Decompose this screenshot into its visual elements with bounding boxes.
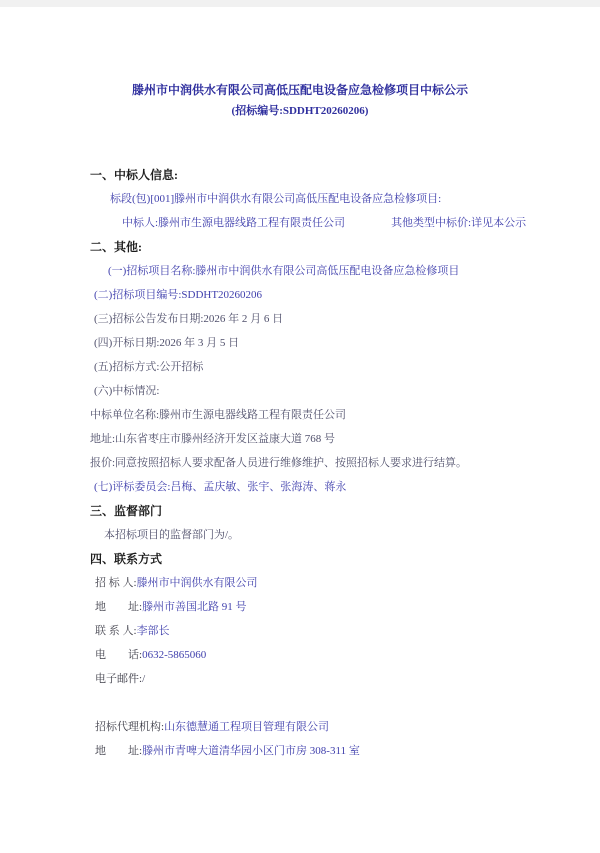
section2-item4: (四)开标日期:2026 年 3 月 5 日	[94, 331, 538, 355]
contact-row-address: 地 址:滕州市善国北路 91 号	[95, 595, 538, 619]
document-title: 滕州市中润供水有限公司高低压配电设备应急检修项目中标公示	[62, 82, 538, 99]
contact-person-label: 联 系 人:	[95, 625, 137, 637]
contact-person-value: 李部长	[137, 625, 170, 637]
winning-company-name: 中标单位名称:滕州市生源电器线路工程有限责任公司	[90, 403, 538, 427]
section2-item2: (二)招标项目编号:SDDHT20260206	[94, 283, 538, 307]
supervision-body: 本招标项目的监督部门为/。	[104, 523, 538, 547]
section2-item7: (七)评标委员会:吕梅、孟庆敏、张宇、张海涛、蒋永	[94, 475, 538, 499]
agency-address-label: 地 址:	[95, 745, 142, 757]
contact-row-phone: 电 话:0632-5865060	[95, 643, 538, 667]
address-label: 地 址:	[95, 601, 142, 613]
winner-text: 中标人:滕州市生源电器线路工程有限责任公司	[122, 217, 345, 229]
section2-item5: (五)招标方式:公开招标	[94, 355, 538, 379]
address-value: 滕州市善国北路 91 号	[142, 601, 247, 613]
agency-address-value: 滕州市青啤大道清华园小区门市房 308-311 室	[142, 745, 360, 757]
price-note: 其他类型中标价:详见本公示	[391, 217, 526, 229]
section4-heading: 四、联系方式	[90, 547, 538, 571]
agency-address-row: 地 址:滕州市青啤大道清华园小区门市房 308-311 室	[95, 739, 538, 763]
email-label: 电子邮件:	[95, 673, 142, 685]
contact-row-person: 联 系 人:李部长	[95, 619, 538, 643]
winner-paragraph: 中标人:滕州市生源电器线路工程有限责任公司其他类型中标价:详见本公示	[62, 211, 538, 235]
phone-value: 0632-5865060	[142, 649, 206, 661]
document-page: 滕州市中润供水有限公司高低压配电设备应急检修项目中标公示 (招标编号:SDDHT…	[0, 0, 600, 853]
section3-heading: 三、监督部门	[90, 499, 538, 523]
contact-row-tenderer: 招 标 人:滕州市中润供水有限公司	[95, 571, 538, 595]
winning-company-address: 地址:山东省枣庄市滕州经济开发区益康大道 768 号	[90, 427, 538, 451]
agency-row: 招标代理机构:山东德慧通工程项目管理有限公司	[95, 715, 538, 739]
section2-item1: (一)招标项目名称:滕州市中润供水有限公司高低压配电设备应急检修项目	[108, 259, 538, 283]
tenderer-value: 滕州市中润供水有限公司	[137, 577, 258, 589]
tenderer-label: 招 标 人:	[95, 577, 137, 589]
section2-item6: (六)中标情况:	[94, 379, 538, 403]
contact-row-email: 电子邮件:/	[95, 667, 538, 691]
email-value: /	[142, 673, 145, 685]
lot-line: 标段(包)[001]滕州市中润供水有限公司高低压配电设备应急检修项目:	[110, 187, 538, 211]
agency-label: 招标代理机构:	[95, 721, 164, 733]
section1-heading: 一、中标人信息:	[90, 163, 538, 187]
quote-line: 报价:同意按照招标人要求配备人员进行维修维护、按照招标人要求进行结算。	[90, 451, 538, 475]
tender-number-subtitle: (招标编号:SDDHT20260206)	[62, 99, 538, 123]
agency-value: 山东德慧通工程项目管理有限公司	[164, 721, 329, 733]
phone-label: 电 话:	[95, 649, 142, 661]
section2-item3: (三)招标公告发布日期:2026 年 2 月 6 日	[94, 307, 538, 331]
section2-heading: 二、其他:	[90, 235, 538, 259]
